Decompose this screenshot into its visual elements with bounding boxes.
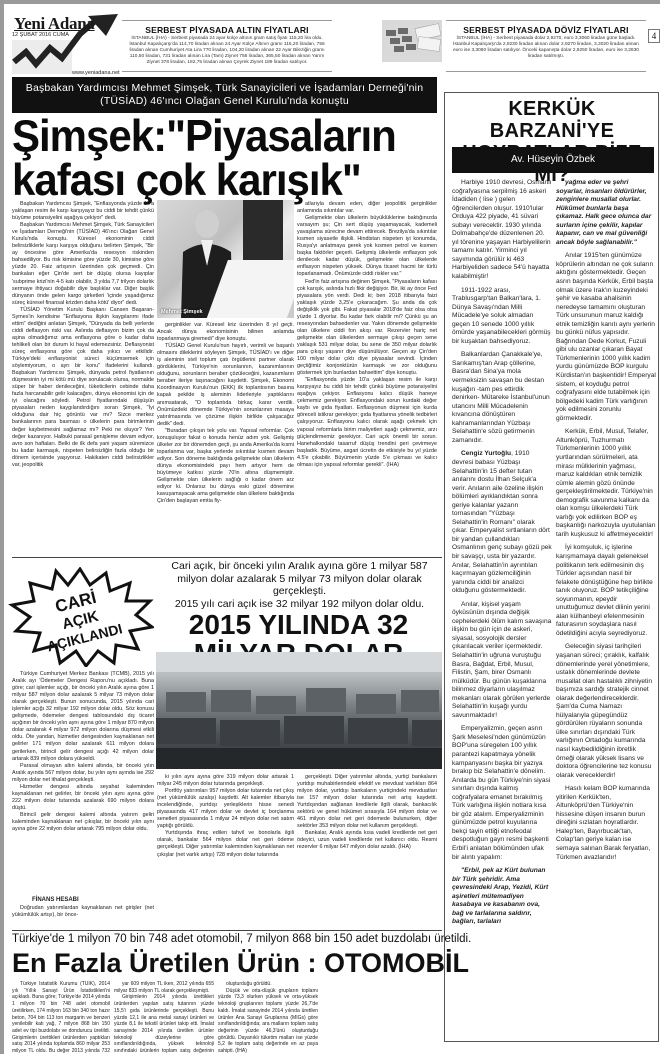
gold-bars-banknotes-image: [382, 20, 442, 62]
container-ship-photo[interactable]: [156, 652, 442, 769]
fx-prices-box: SERBEST PİYASADA DÖVİZ FİYATLARI İSTANBU…: [446, 20, 646, 72]
deck-line-1: Cari açık, bir önceki yılın Aralık ayına…: [157, 560, 442, 598]
paragraph: Anılar 1915'ten günümüze köprülerin altı…: [556, 252, 656, 423]
page-number: 4: [648, 29, 660, 43]
paragraph: Geleceğin siyasi tarihçileri yaşanan sür…: [556, 643, 656, 780]
simsek-photo[interactable]: Mehmet Şimşek: [157, 200, 294, 318]
paragraph: atlarıyla devam eden, diğer jeopolitik g…: [297, 201, 437, 215]
paragraph: Hizmetler dengesi altında seyahat kalemi…: [12, 784, 154, 812]
gold-prices-box: SERBEST PİYASADA ALTIN FİYATLARI İSTANBU…: [122, 20, 332, 72]
paragraph: Başbakan Yardımcısı Mehmet Şimşek, Türk …: [12, 222, 154, 307]
top-story-kicker: Başbakan Yardımcısı Mehmet Şimşek, Türk …: [12, 77, 437, 113]
title-line-1: KERKÜK BARZANİ'YE: [448, 98, 656, 142]
paragraph: gerginlikler var. Küresel kriz üzerinden…: [157, 322, 294, 343]
newspaper-page: Yeni Adana 12 ŞUBAT 2016 CUMA www.yeniad…: [0, 0, 660, 1054]
paragraph: Hasılı kelam BOP kumarında yitirilen Ker…: [556, 785, 656, 862]
current-account-column-1: Türkiye Cumhuriyet Merkez Bankası (TCMB)…: [12, 671, 154, 896]
top-story-headline[interactable]: Şimşek:"Piyasaların kafası çok karışık": [12, 114, 437, 202]
paragraph: Kerkük, Erbil, Musul, Telafer, Altunköpr…: [556, 428, 656, 539]
masthead-logo[interactable]: Yeni Adana 12 ŞUBAT 2016 CUMA www.yeniad…: [10, 12, 120, 76]
paragraph: Cengiz Yurtoğlu, 1910 devresi babası Yüz…: [452, 450, 552, 595]
issue-date: 12 ŞUBAT 2016 CUMA: [12, 32, 69, 38]
paragraph: Emperyalizmin, geçen asrın Şark Meselesi…: [452, 725, 552, 862]
paragraph: Birincil gelir dengesi kalemi altında ya…: [12, 812, 154, 833]
current-account-column-2: ki yılın aynı ayına göre 319 milyon dola…: [157, 774, 294, 922]
top-story-column-1: Başbakan Yardımcısı Şimşek, "Enflasyonda…: [12, 201, 154, 553]
containers-illustration: [156, 652, 442, 769]
paragraph: Gelişmekte olan ülkelerin büyüklüklerine…: [297, 215, 437, 278]
paragraph: Harbiye 1910 devresi, Osmanlı coğrafyası…: [452, 179, 552, 282]
paragraph: Türkiye Cumhuriyet Merkez Bankası (TCMB)…: [12, 671, 154, 763]
divider: [12, 930, 442, 931]
paragraph: Doğrudan yatırımlardan kaynaklanan net g…: [12, 905, 154, 919]
headline-line-1: Şimşek:"Piyasaların: [12, 114, 437, 158]
paragraph: Portföy yatırımları 957 milyon dolar tut…: [157, 788, 294, 830]
production-column-1: Türkiye İstatistik Kurumu (TÜİK), 2014 y…: [12, 981, 110, 1053]
paragraph: Girişimlerin 2014 yılında ürettikleri ür…: [114, 994, 214, 1053]
paragraph: Türkiye İstatistik Kurumu (TÜİK), 2014 y…: [12, 981, 110, 1053]
paragraph: yağma eder ve şehri soyarlar, insanları …: [556, 179, 656, 247]
paragraph: Düşük ve orta-düşük grupların toplamı yü…: [218, 988, 318, 1053]
gold-prices-title: SERBEST PİYASADA ALTIN FİYATLARI: [122, 21, 332, 35]
paragraph: ki yılın aynı ayına göre 319 milyon dola…: [157, 774, 294, 788]
paragraph: TÜSİAD Yönetim Kurulu Başkanı Cansen Baş…: [12, 307, 154, 469]
author-byline: Av. Hüseyin Özbek: [452, 147, 654, 173]
fx-prices-text: İSTANBUL (İHA) - Serbest piyasada dolar …: [446, 35, 646, 61]
fx-prices-title: SERBEST PİYASADA DÖVİZ FİYATLARI: [446, 21, 646, 35]
top-story-column-2: gerginlikler var. Küresel kriz üzerinden…: [157, 322, 294, 554]
paragraph: Fed'in faiz artışına değinen Şimşek, "Pi…: [297, 279, 437, 378]
paragraph: Parasal olmayan altın kalemi altında, bi…: [12, 763, 154, 784]
current-account-deck: Cari açık, bir önceki yılın Aralık ayına…: [157, 560, 442, 610]
opinion-column-right: yağma eder ve şehri soyarlar, insanları …: [556, 179, 656, 1037]
headline-line-1: 2015 YILINDA 32: [156, 610, 441, 639]
top-story-column-3: atlarıyla devam eden, diğer jeopolitik g…: [297, 201, 437, 554]
production-headline[interactable]: En Fazla Üretilen Ürün : OTOMOBİL: [12, 948, 442, 978]
paragraph: 1911-1922 arası, Trablusgarp'tan Balkan'…: [452, 287, 552, 347]
starburst-badge: CARİ AÇIK AÇIKLANDI: [6, 567, 154, 667]
paragraph: "Buradan çıkışın tek yolu var. Yapısal r…: [157, 428, 294, 506]
production-column-3: oluşturduğu görüldü.Düşük ve orta-düşük …: [218, 981, 318, 1053]
finance-account-subhead: FİNANS HESABI: [24, 897, 154, 904]
paragraph: Yurtdışında ihraç edilen tahvil ve bonol…: [157, 830, 294, 858]
paragraph: TÜSİAD Genel Kurulu'nun hayırlı, verimli…: [157, 343, 294, 428]
paragraph: oluşturduğu görüldü.: [218, 981, 318, 988]
bold-name: Cengiz Yurtoğlu: [461, 450, 511, 457]
paragraph: Anılar, kişisel yaşam öyküsünün dışında …: [452, 601, 552, 721]
website-link[interactable]: www.yeniadana.net: [72, 70, 120, 76]
paragraph: Bankalar, Aralık ayında kısa vadeli kred…: [297, 830, 437, 851]
paragraph: yar 609 milyon TL iken, 2012 yılında 655…: [114, 981, 214, 994]
paragraph: İyi komşuluk, iç işlerine karışmamaya da…: [556, 544, 656, 638]
current-account-column-1-tail: Doğrudan yatırımlardan kaynaklanan net g…: [12, 905, 154, 921]
divider: [12, 557, 442, 558]
gold-prices-text: İSTANBUL (İHA) - Serbest piyasada 24 aya…: [122, 35, 332, 67]
production-deck: Türkiye'de 1 milyon 70 bin 748 adet otom…: [12, 933, 442, 945]
logo-name: Yeni Adana: [14, 14, 95, 34]
paragraph: Balkanlardan Çanakkale'ye, Sarıkamış'tan…: [452, 351, 552, 445]
backdrop-screen: [243, 200, 283, 260]
opinion-column-left: Harbiye 1910 devresi, Osmanlı coğrafyası…: [452, 179, 552, 1037]
current-account-column-3: gerçekleşti. Diğer yatırımlar altında, y…: [297, 774, 437, 922]
paragraph: Başbakan Yardımcısı Şimşek, "Enflasyonda…: [12, 201, 154, 222]
photo-caption: Mehmet Şimşek: [161, 309, 203, 315]
headline-line-2: kafası çok karışık": [12, 158, 437, 202]
paragraph: FİNANS HESABI: [24, 897, 154, 904]
production-column-2: yar 609 milyon TL iken, 2012 yılında 655…: [114, 981, 214, 1053]
paragraph: gerçekleşti. Diğer yatırımlar altında, y…: [297, 774, 437, 830]
paragraph: "Erbil, pek az Kürt bulunan bir Türk şeh…: [452, 867, 552, 927]
paragraph: "Enflasyonda yüzde 10'a yaklaşan resim i…: [297, 377, 437, 469]
